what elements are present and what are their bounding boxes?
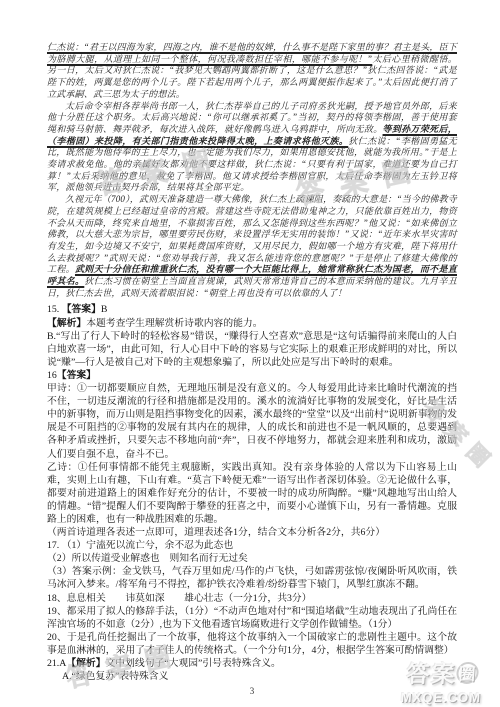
analysis-text: 本题考查学生理解赏析诗歌内容的能力。	[86, 318, 262, 329]
answer-label: 【答案】	[62, 304, 101, 315]
answer-16-yi: 乙诗：①任何事情都不能凭主观臆断，实践出真知。没有亲身体验的人常以为下山容易上山…	[47, 461, 457, 526]
answer-16-heading: 16【答案】	[47, 369, 457, 382]
question-number: 21.A	[47, 658, 66, 669]
answer-16-jia: 甲诗：①一切都要顺应自然，无理地压制是没有意义的。今人每爱用此诗来比喻时代潮流的…	[47, 382, 457, 461]
answer-value: B	[101, 304, 108, 315]
passage-paragraph-2: 太后命令宰相各荐举尚书郎一人，狄仁杰荐举自己的儿子司府丞狄光嗣，授予地官员外郎，…	[47, 101, 457, 195]
analysis-label: 【解析】	[66, 658, 105, 669]
answer-sheet-page: 仁杰说：“君王以四海为家，四海之内，谁不是他的奴婢，什么事不是陛下家里的事？君主…	[0, 0, 500, 707]
answer-label: 【答案】	[57, 370, 96, 381]
classical-translation-passage: 仁杰说：“君王以四海为家，四海之内，谁不是他的奴婢，什么事不是陛下家里的事？君主…	[47, 42, 457, 299]
answer-21-line-2: A.“绿色复苏”表特殊含义	[47, 670, 457, 683]
answer-17-line-3: （3）答案示例：金戈铁马，气吞万里如虎/马作的卢飞快，弓如霹雳弦惊/夜阑卧听风吹…	[47, 565, 457, 591]
page-number: 3	[47, 686, 457, 696]
question-number: 15.	[47, 304, 62, 315]
answer-key-section: 15. 【答案】B 【解析】本题考查学生理解赏析诗歌内容的能力。 B.“写出了行…	[47, 303, 457, 683]
analysis-text: 文中划线句子“大观园”引号表特殊含义。	[106, 658, 281, 669]
answer-15-body: B.“写出了行人下岭时的轻松容易”错误，“赚得行人空喜欢”意思是“这句话骗得前来…	[47, 330, 457, 369]
passage-text: 狄仁杰习惯在朝堂上当面直言规谏，武则天常常违背自己的本意而采纳他的建议。九月辛丑…	[47, 276, 457, 298]
question-number: 16	[47, 370, 57, 381]
answer-15-analysis-heading: 【解析】本题考查学生理解赏析诗歌内容的能力。	[47, 317, 457, 330]
answer-21-line-1: 21.A【解析】文中划线句子“大观园”引号表特殊含义。	[47, 657, 457, 670]
answer-18: 18、息息相关 讳莫如深 雄心壮志（一分1分，共3分）	[47, 592, 457, 605]
answer-16-scoring-note: （两首诗道理各表述一点即可，道理表述各1分，结合文本分析各2分，共6分）	[47, 526, 457, 539]
answer-15-heading: 15. 【答案】B	[47, 303, 457, 316]
passage-text: 久视元年（700），武则天准备建造一尊大佛像，狄仁杰上疏谏阻，奏疏的大意是：“当…	[47, 194, 457, 274]
answer-17-line-1: 17. （1）宁溘死以流亡兮，余不忍为此态也	[47, 539, 457, 552]
answer-17-line-2: （2）所以传道受业解惑也 则知名而行无过矣	[47, 552, 457, 565]
answer-20: 20、于是孔尚任挖掘出了一个故事，他将这个故事纳入一个国破家亡的悲剧性主题中。这…	[47, 631, 457, 657]
passage-paragraph-1: 仁杰说：“君王以四海为家，四海之内，谁不是他的奴婢，什么事不是陛下家里的事？君主…	[47, 42, 457, 101]
passage-paragraph-3: 久视元年（700），武则天准备建造一尊大佛像，狄仁杰上疏谏阻，奏疏的大意是：“当…	[47, 194, 457, 299]
analysis-label: 【解析】	[47, 318, 86, 329]
answer-19: 19、都采用了拟人的修辞手法，（1分）“不动声色地对付”和“围追堵截”生动地表现…	[47, 605, 457, 631]
